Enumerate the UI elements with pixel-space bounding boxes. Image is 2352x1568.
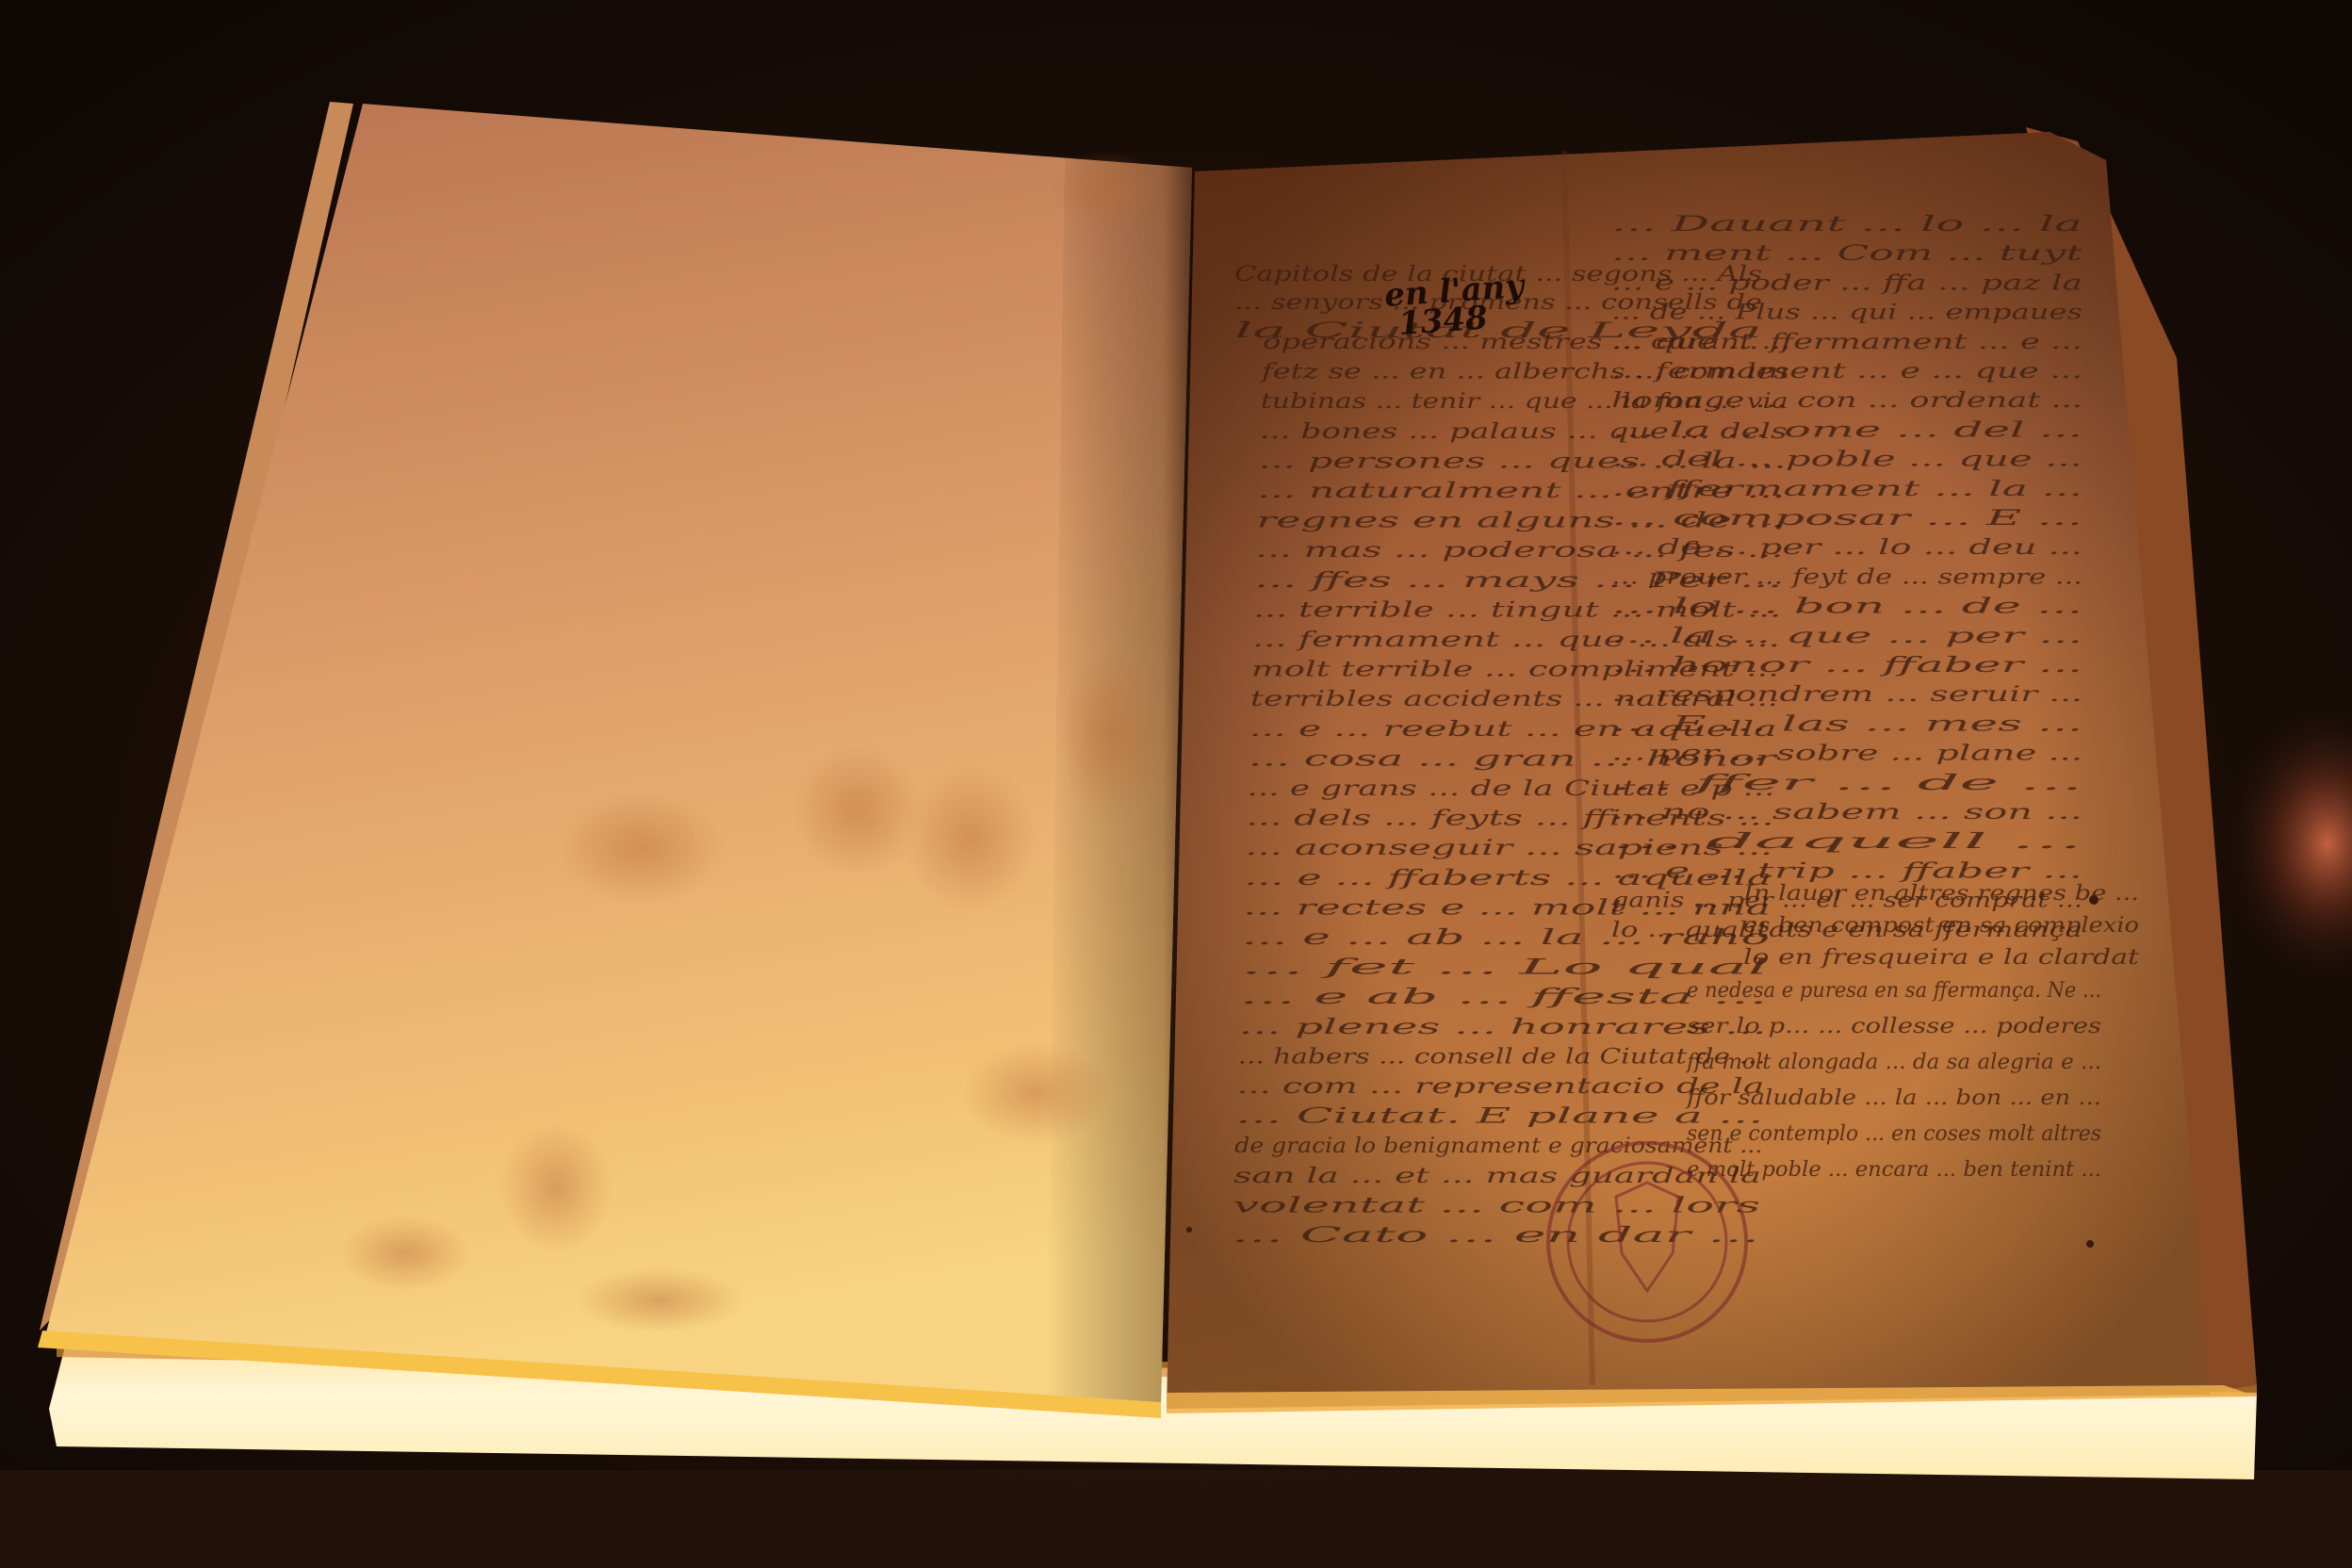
ink-dot [2086,1240,2094,1248]
manuscript-line: ... composar ... E ... [1611,507,2082,531]
manuscript-line: ... fermament ... e ... que ... [1611,360,2082,384]
manuscript-line: ... ffermament ... la ... [1611,478,2082,501]
manuscript-line: ... prouer ... feyt de ... sempre ... [1611,565,2082,589]
stain [339,1216,471,1291]
manuscript-line: ffa molt alongada ... da sa alegria e ..… [1685,1051,2101,1074]
stain [961,1041,1112,1145]
stain [575,1267,744,1333]
manuscript-line: ... e ... poder ... ffa ... paz la [1611,271,2082,295]
manuscript-line: san la ... et ... mas guardan la [1233,1165,1761,1188]
manuscript-line: ... per ... sobre ... plane ... [1611,743,2082,766]
manuscript-line: ... ffer ... de ... [1611,772,2082,795]
manuscript-line: ... E ... las ... mes ... [1611,712,2082,736]
stain [905,763,1037,914]
manuscript-line: ffor saludable ... la ... bon ... en ... [1685,1086,2101,1110]
manuscript-line: ... de ... per ... lo ... deu ... [1611,536,2082,560]
manuscript-line: homage ... con ... ordenat ... [1611,389,2082,413]
manuscript-line: ... respondrem ... seruir ... [1611,683,2082,707]
manuscript-line: ... Cato ... en dar ... [1232,1224,1759,1248]
manuscript-line: ... daquell ... [1611,830,2082,854]
manuscript-line: ... lo ... bon ... de ... [1611,596,2082,619]
stain [792,744,923,876]
manuscript-line: sen e contemplo ... en coses molt altres [1687,1122,2101,1146]
manuscript-line: ... Dauant ... lo ... la [1611,213,2082,237]
manuscript-line: ... honor ... ffaber ... [1611,654,2082,678]
manuscript-line: ... no ... sabem ... son ... [1611,801,2082,825]
manuscript-line: e nedesa e puresa en sa ffermança. Ne ..… [1687,979,2101,1003]
manuscript-line: e molt poble ... encara ... ben tenint .… [1687,1158,2101,1182]
floor [0,1470,2352,1568]
manuscript-scene: Capitols de la ciutat ... segons ... Als… [0,0,2352,1568]
right-page: Capitols de la ciutat ... segons ... Als… [1167,127,2257,1413]
manuscript-line: ... la ... que ... per ... [1611,625,2082,648]
ink-dot [2089,895,2099,905]
manuscript-line: ... ment ... Com ... tuyt [1611,242,2082,266]
manuscript-line: In lauor en altres regnes be ... [1742,882,2139,906]
manuscript-line: volentat ... com ... lors [1233,1194,1760,1217]
manuscript-line: de gracia lo benignament e graciosament … [1234,1135,1762,1158]
manuscript-line: lo en fresqueira e la clardat [1743,946,2139,970]
stain [499,1121,612,1253]
manuscript-line: es ben compost en sa complexio [1743,914,2139,938]
ink-dot [1186,1227,1192,1233]
manuscript-line: ... Ciutat. E plane a ... [1235,1105,1763,1129]
manuscript-line: ... fet ... Lo qual [1241,956,1769,980]
stain [1051,151,1164,226]
manuscript-line: ... la ... ome ... del ... [1611,418,2082,442]
manuscript-line: ... que ... ffermament ... e ... [1611,331,2082,354]
date-annotation-line2: 1348 [1397,299,1489,343]
manuscript-line: ... e ... trip ... ffaber ... [1611,859,2082,883]
stain [1060,650,1164,820]
manuscript-line: ... del ... poble ... que ... [1611,449,2082,472]
manuscript-line: ... com ... representacio de la [1237,1075,1765,1099]
stain [556,792,726,905]
manuscript-line: ... de ... Plus ... qui ... empaues [1611,302,2082,325]
manuscript-line: ser lo p... ... collesse ... poderes [1687,1015,2101,1038]
